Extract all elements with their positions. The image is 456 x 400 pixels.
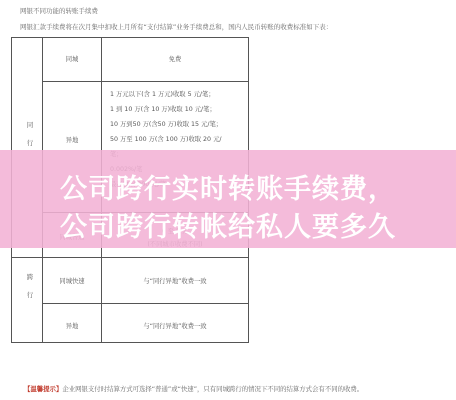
row-type: 异地 <box>43 135 101 144</box>
group-label-same-bank: 同行 <box>25 117 35 153</box>
document-intro: 网银汇款手续费将在次月集中扣收上月所有“支付结算”业务手续费总和，国内人民币转账… <box>20 22 332 31</box>
group-label-inter-bank: 跨行 <box>25 269 35 305</box>
group-label-text: 同行 <box>27 122 33 147</box>
row-fee: 免费 <box>102 54 248 63</box>
row-fee: 与“同行异地”收费一致 <box>102 276 248 285</box>
fee-line: 1 到 10 万(含 10 万)收取 10 元/笔； <box>110 102 222 117</box>
fee-line: 50 万至 100 万(含 100 万)收取 20 元/ <box>110 132 222 147</box>
row-type: 同城 <box>43 54 101 63</box>
document-title: 网银不同功能的转账手续费 <box>20 6 98 15</box>
row-divider <box>11 257 249 258</box>
tip-note: 【温馨提示】企业网银支付时结算方式可选择“普通”或“快速”，只有同城跨行的情况下… <box>24 384 363 393</box>
row-type: 异地 <box>43 321 101 330</box>
tip-tag: 【温馨提示】 <box>24 385 62 393</box>
row-type: 同城快速 <box>43 276 101 285</box>
headline-banner: 公司跨行实时转账手续费， 公司跨行转帐给私人要多久 <box>0 150 456 248</box>
table-border <box>11 37 249 38</box>
row-fee: 与“同行异地”收费一致 <box>102 321 248 330</box>
row-divider <box>42 81 249 82</box>
row-divider <box>42 303 249 304</box>
tip-text: 企业网银支付时结算方式可选择“普通”或“快速”，只有同城跨行的情况下不同的结算方… <box>62 385 363 393</box>
table-border <box>11 342 249 343</box>
fee-line: 1 万元以下(含 1 万元)收取 5 元/笔； <box>110 87 222 102</box>
headline-line-1: 公司跨行实时转账手续费， <box>0 167 456 206</box>
fee-line: 10 万到50 万(含50 万)收取 15 元/笔； <box>110 117 222 132</box>
headline-line-2: 公司跨行转帐给私人要多久 <box>0 205 456 244</box>
group-label-text: 跨行 <box>27 274 33 299</box>
